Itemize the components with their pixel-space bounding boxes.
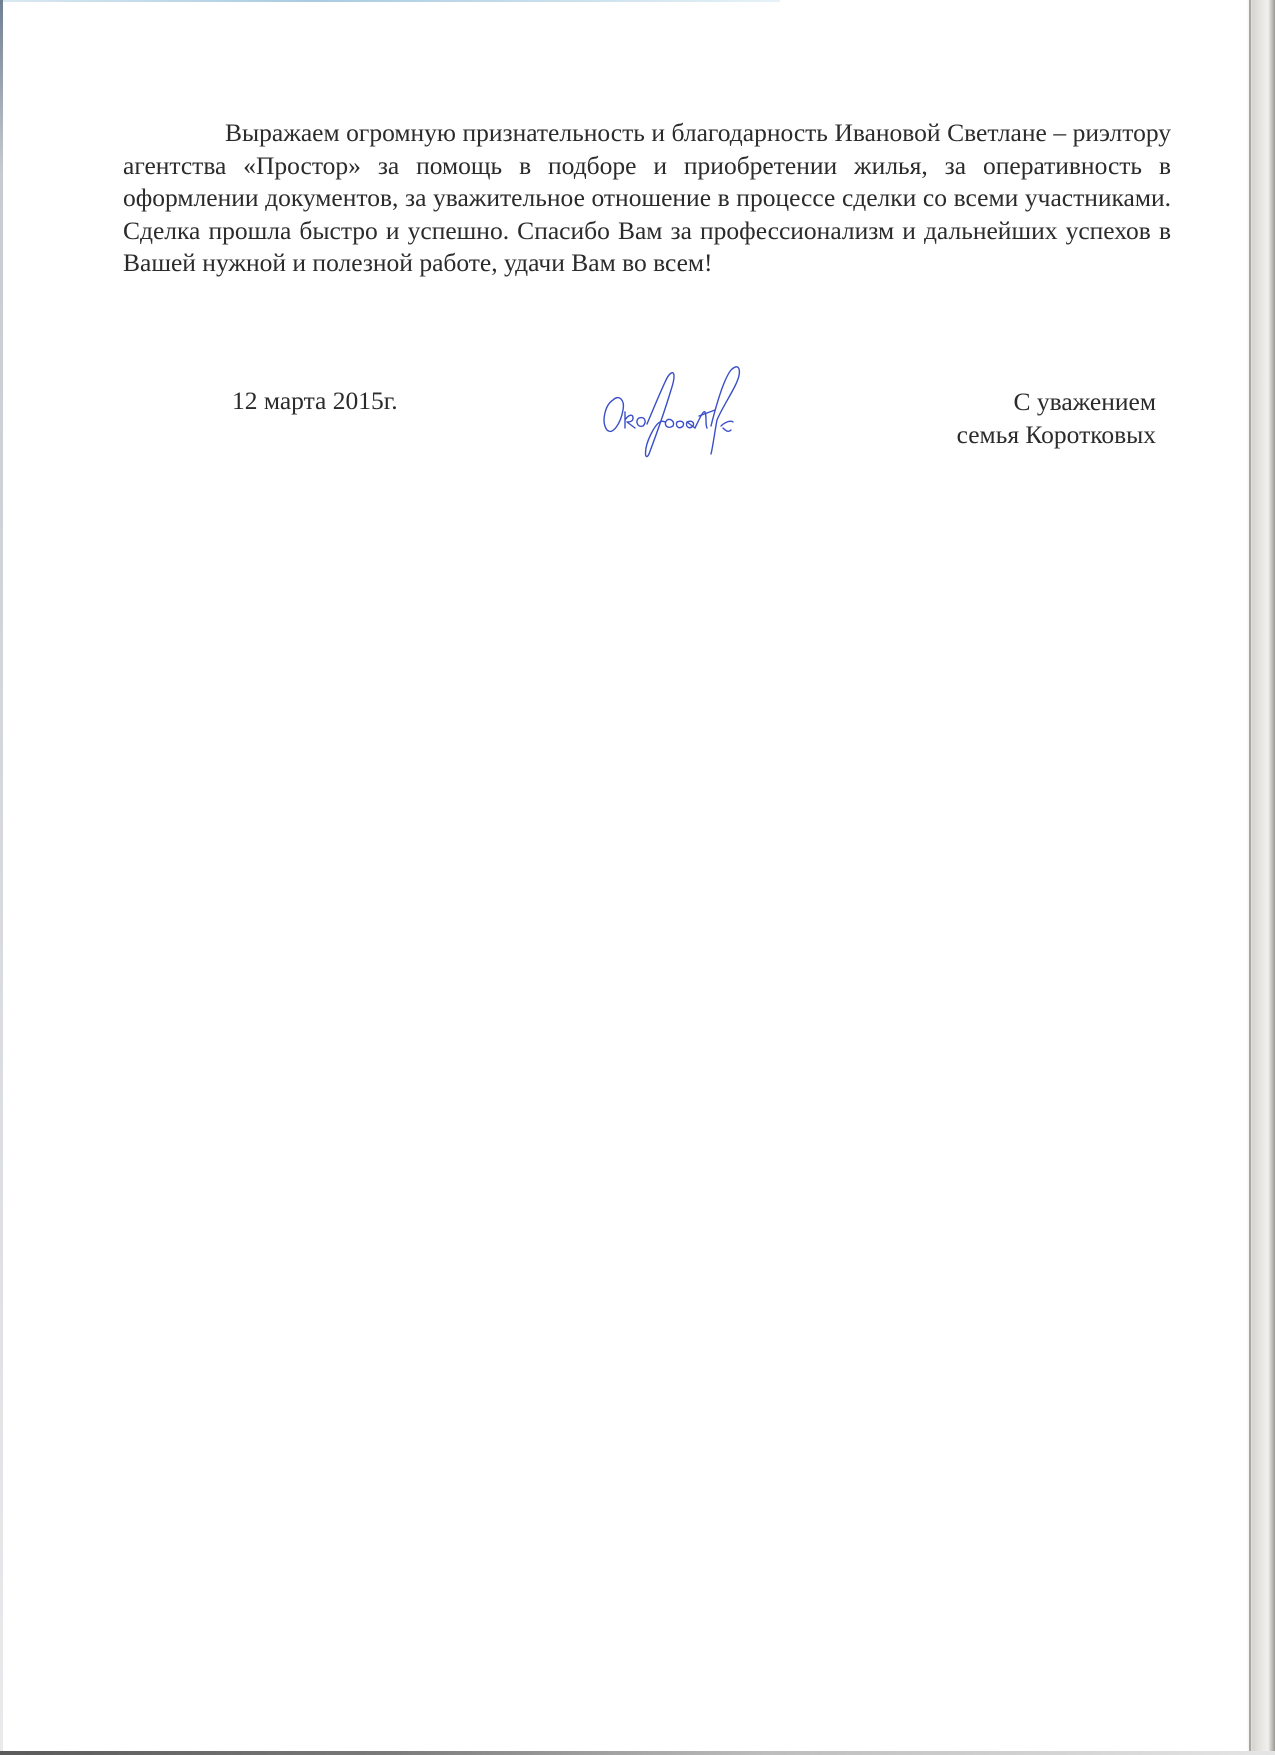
closing-salutation: С уважением xyxy=(957,386,1156,419)
scan-top-edge xyxy=(0,0,780,2)
letter-body: Выражаем огромную признательность и благ… xyxy=(123,117,1171,280)
scan-right-line xyxy=(1249,0,1251,1755)
closing-signer: семья Коротковых xyxy=(957,419,1156,452)
handwritten-signature xyxy=(595,350,795,465)
scan-right-edge xyxy=(1247,0,1275,1755)
scan-left-edge xyxy=(0,0,3,1755)
closing-block: С уважением семья Коротковых xyxy=(957,386,1156,451)
scan-bottom-edge xyxy=(0,1751,1275,1755)
letter-date: 12 марта 2015г. xyxy=(232,386,398,416)
